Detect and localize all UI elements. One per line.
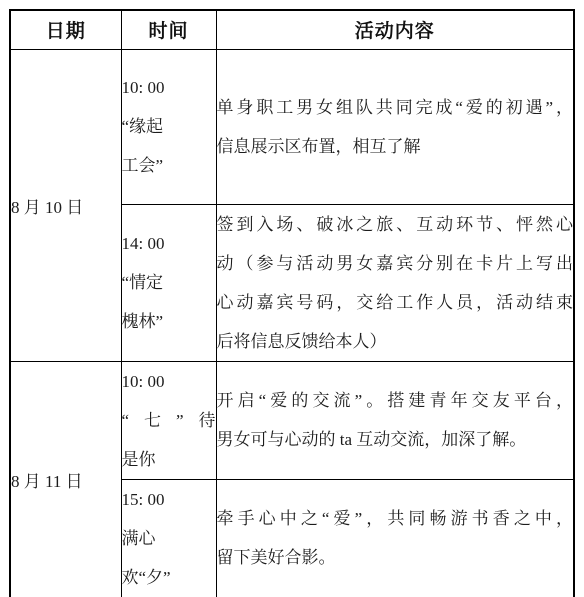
content-cell-session4: 牵手心中之“爱”，共同畅游书香之中， 留下美好合影。 [216,479,574,597]
content-cell-session2: 签到入场、破冰之旅、互动环节、怦然心 动（参与活动男女嘉宾分别在卡片上写出 心动… [216,204,574,361]
schedule-table: 日期 时间 活动内容 8 月 10 日 10: 00 “缘起 工会” 单身职工男… [9,9,575,597]
row-aug11-session1: 8 月 11 日 10: 00 “七”待 是你 开启“爱的交流”。搭建青年交友平… [10,361,574,479]
time-line: 10: 00 [122,362,216,401]
content-line: 签到入场、破冰之旅、互动环节、怦然心 [217,205,574,244]
time-line: 工会” [122,146,216,185]
time-line: 满心 [122,519,216,558]
header-cell-content: 活动内容 [216,10,574,49]
content-cell-session3: 开启“爱的交流”。搭建青年交友平台， 男女可与心动的 ta 互动交流，加深了解。 [216,361,574,479]
time-line: 槐林” [122,302,216,341]
header-cell-date: 日期 [10,10,121,49]
time-cell-session2: 14: 00 “情定 槐林” [121,204,216,361]
time-line: 欢“夕” [122,558,216,597]
content-line: 心动嘉宾号码，交给工作人员，活动结束 [217,283,574,322]
row-aug10-session1: 8 月 10 日 10: 00 “缘起 工会” 单身职工男女组队共同完成“爱的初… [10,49,574,204]
time-line: 10: 00 [122,68,216,107]
time-line: 是你 [122,440,216,479]
time-line: 15: 00 [122,480,216,519]
header-row: 日期 时间 活动内容 [10,10,574,49]
time-line: 14: 00 [122,224,216,263]
time-line: “七”待 [122,401,216,440]
date-cell-aug10: 8 月 10 日 [10,49,121,361]
content-line: 男女可与心动的 ta 互动交流，加深了解。 [217,420,574,459]
content-line: 动（参与活动男女嘉宾分别在卡片上写出 [217,244,574,283]
document-page: 日期 时间 活动内容 8 月 10 日 10: 00 “缘起 工会” 单身职工男… [0,0,584,597]
content-line: 信息展示区布置，相互了解 [217,127,574,166]
time-cell-session4: 15: 00 满心 欢“夕” [121,479,216,597]
content-line: 后将信息反馈给本人） [217,322,574,361]
time-cell-session3: 10: 00 “七”待 是你 [121,361,216,479]
time-line: “缘起 [122,107,216,146]
content-line: 单身职工男女组队共同完成“爱的初遇”， [217,88,574,127]
time-line: “情定 [122,263,216,302]
header-cell-time: 时间 [121,10,216,49]
time-cell-session1: 10: 00 “缘起 工会” [121,49,216,204]
content-line: 牵手心中之“爱”，共同畅游书香之中， [217,499,574,538]
content-line: 开启“爱的交流”。搭建青年交友平台， [217,381,574,420]
content-cell-session1: 单身职工男女组队共同完成“爱的初遇”， 信息展示区布置，相互了解 [216,49,574,204]
date-cell-aug11: 8 月 11 日 [10,361,121,597]
content-line: 留下美好合影。 [217,538,574,577]
